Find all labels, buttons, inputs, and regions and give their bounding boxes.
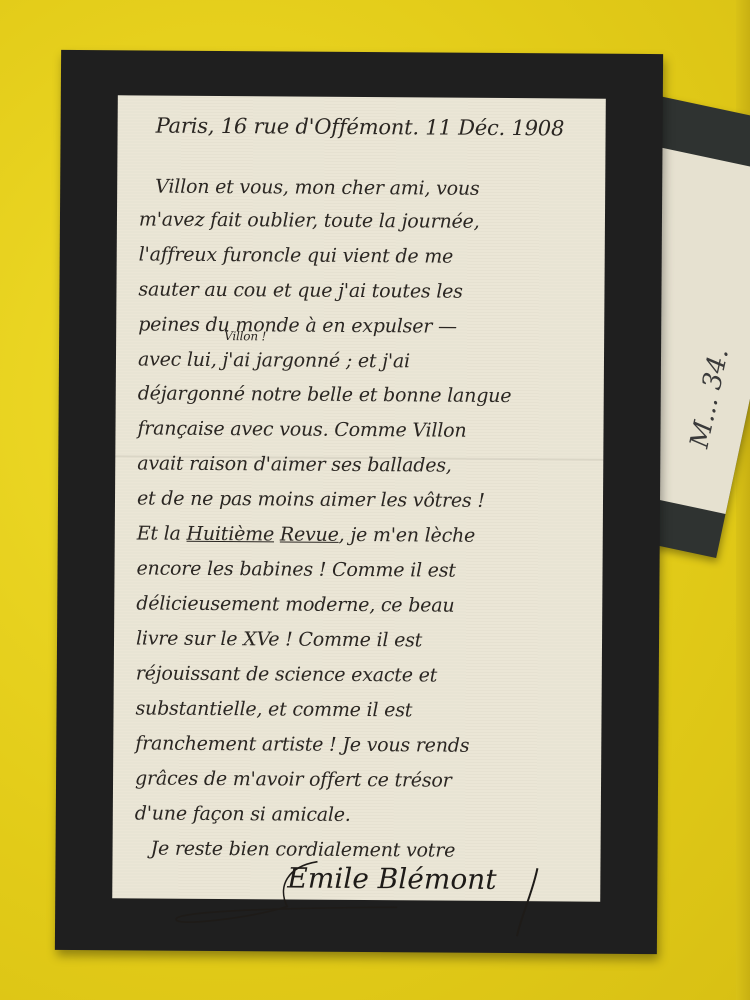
- interlinear-insert: Villon !: [224, 329, 266, 343]
- letter-line: encore les babines ! Comme il est: [136, 557, 455, 581]
- letter-line: Villon et vous, mon cher ami, vous: [155, 176, 479, 200]
- letter-line: peines du monde à en expulser —: [138, 313, 457, 337]
- letter-line: avec lui, j'ai jargonné ; et j'ai: [138, 348, 410, 372]
- letter-line: française avec vous. Comme Villon: [137, 417, 466, 441]
- letter-line: et de ne pas moins aimer les vôtres !: [137, 487, 485, 511]
- second-card-address: M... 34.: [685, 346, 735, 451]
- letter-line: substantielle, et comme il est: [135, 697, 412, 721]
- letter-line: m'avez fait oublier, toute la journée,: [139, 208, 480, 232]
- letter-line: l'affreux furoncle qui vient de me: [139, 243, 454, 267]
- letter-line: grâces de m'avoir offert ce trésor: [135, 767, 452, 791]
- underlined-word: Huitième: [186, 523, 274, 546]
- letter-paper: Paris, 16 rue d'Offémont. 11 Déc. 1908 V…: [112, 95, 606, 901]
- letter-line: délicieusement moderne, ce beau: [136, 592, 454, 616]
- letter-line: réjouissant de science exacte et: [136, 662, 438, 686]
- letter-line: déjargonné notre belle et bonne langue: [138, 382, 512, 407]
- letter-line-underlined: Et la Huitième Revue, je m'en lèche: [137, 522, 476, 546]
- letter-line: franchement artiste ! Je vous rends: [135, 732, 469, 756]
- letter-line: livre sur le XVe ! Comme il est: [136, 627, 422, 651]
- letter-line: avait raison d'aimer ses ballades,: [137, 452, 452, 476]
- mourning-card: Paris, 16 rue d'Offémont. 11 Déc. 1908 V…: [55, 50, 663, 954]
- letter-line: d'une façon si amicale.: [135, 802, 351, 826]
- line-prefix: Et la: [137, 522, 187, 544]
- signature: Emile Blémont: [287, 862, 496, 896]
- underlined-word: Revue: [280, 523, 339, 545]
- letter-header: Paris, 16 rue d'Offémont. 11 Déc. 1908: [156, 114, 565, 141]
- letter-line: sauter au cou et que j'ai toutes les: [138, 278, 462, 302]
- line-suffix: , je m'en lèche: [339, 524, 476, 547]
